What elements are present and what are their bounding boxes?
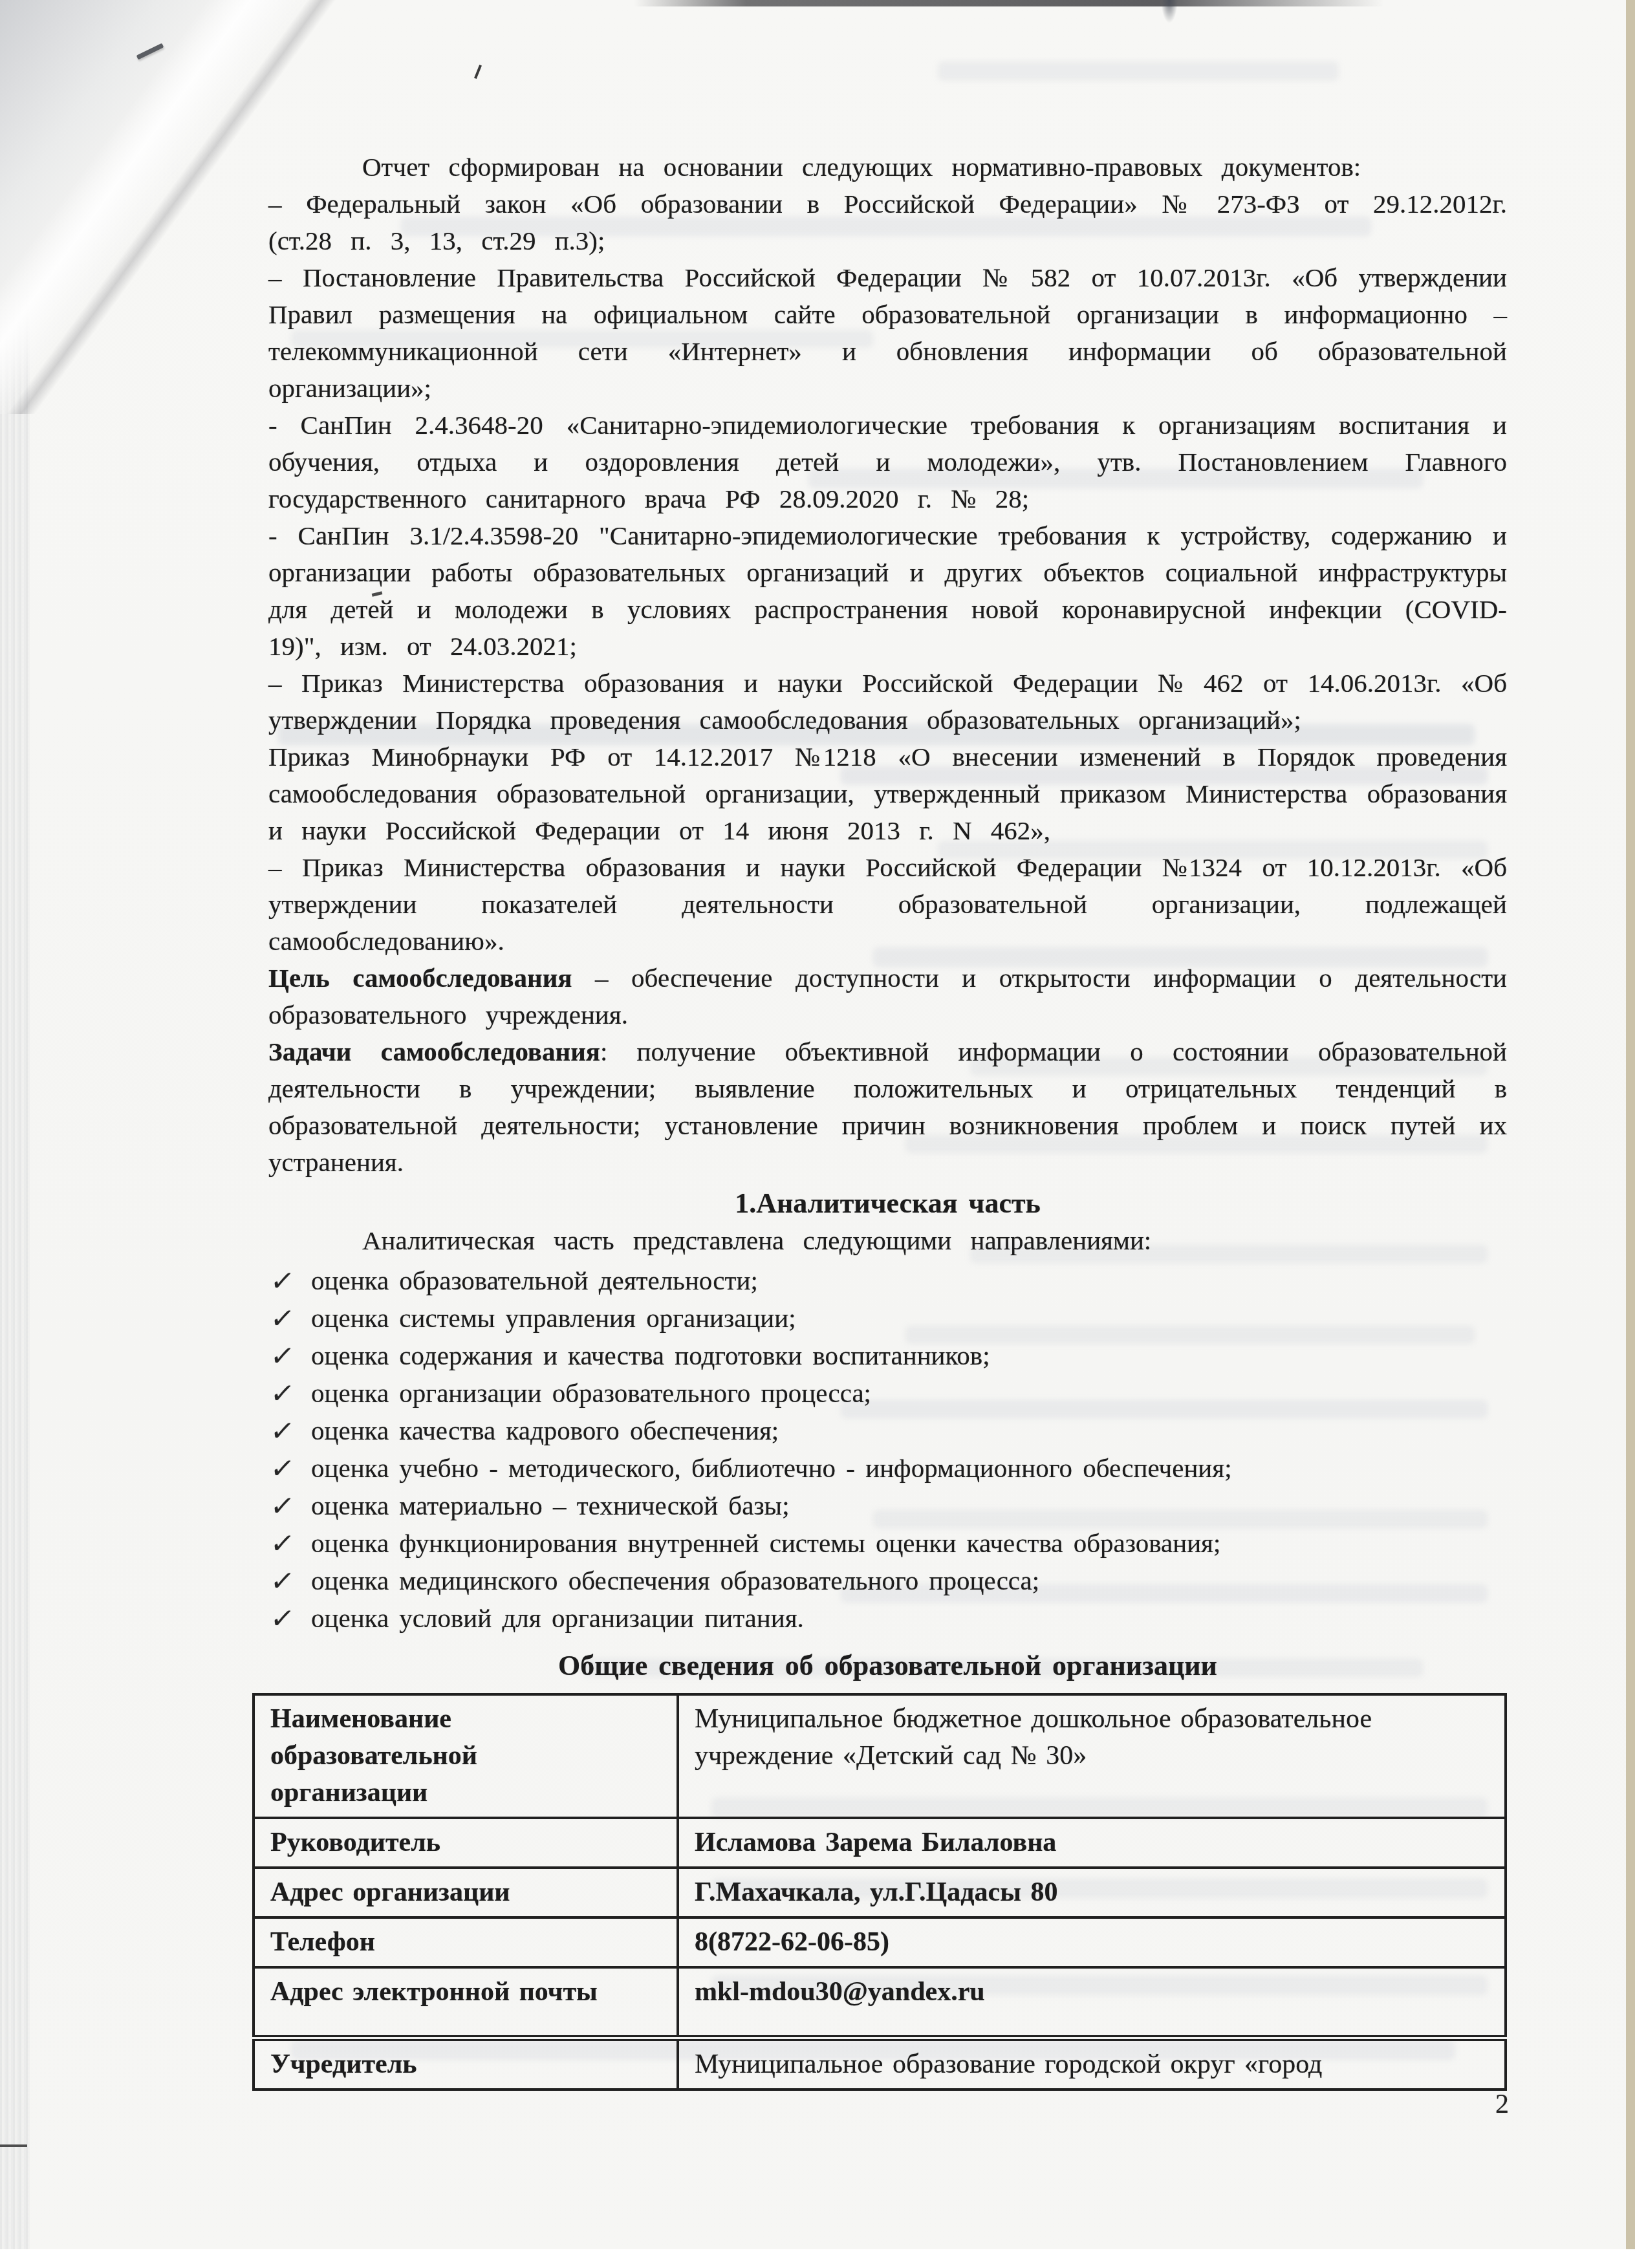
table-value-cell: 8(8722-62-06-85) [678,1917,1506,1967]
legal-doc-item: – Федеральный закон «Об образовании в Ро… [268,186,1507,259]
table-label-cell: Телефон [254,1917,678,1967]
checkmark-icon: ✓ [268,1487,297,1525]
checklist-item-label: оценка условий для организации питания. [311,1603,804,1633]
table-label-cell: Наименование образовательной организации [254,1694,678,1818]
checkmark-icon: ✓ [268,1450,297,1487]
checkmark-icon: ✓ [268,1412,297,1450]
table-value-cell: mkl-mdou30@yandex.ru [678,1967,1506,2038]
table-row: Телефон 8(8722-62-06-85) [254,1917,1506,1967]
assessment-checklist: ✓оценка образовательной деятельности; ✓о… [268,1262,1507,1637]
table-row: Руководитель Исламова Зарема Билаловна [254,1818,1506,1868]
table-value-cell: Муниципальное бюджетное дошкольное образ… [678,1694,1506,1818]
checklist-item-label: оценка качества кадрового обеспечения; [311,1416,779,1445]
checklist-item: ✓оценка образовательной деятельности; [268,1262,1507,1299]
legal-doc-item: - СанПин 3.1/2.4.3598-20 "Санитарно-эпид… [268,517,1507,665]
table-row: Наименование образовательной организации… [254,1694,1506,1818]
intro-paragraph: Отчет сформирован на основании следующих… [268,149,1507,186]
section-heading-analytic: 1.Аналитическая часть [268,1185,1507,1222]
checklist-item: ✓оценка функционирования внутренней сист… [268,1524,1507,1562]
scan-right-edge [1626,0,1635,2249]
checklist-item-label: оценка содержания и качества подготовки … [311,1341,990,1370]
scan-top-edge [634,0,1384,6]
checklist-item: ✓оценка содержания и качества подготовки… [268,1337,1507,1374]
table-label-cell: Учредитель [254,2038,678,2090]
checklist-item-label: оценка учебно - методического, библиотеч… [311,1453,1232,1483]
checklist-item-label: оценка системы управления организации; [311,1303,796,1333]
checkmark-icon: ✓ [268,1375,297,1412]
tasks-label: Задачи самообследования [268,1037,600,1066]
bleed-through [938,61,1339,81]
table-row: Учредитель Муниципальное образование гор… [254,2038,1506,2090]
goal-label: Цель самообследования [268,963,572,993]
legal-doc-item: – Приказ Министерства образования и наук… [268,665,1507,739]
table-label-cell: Адрес электронной почты [254,1967,678,2038]
legal-doc-item: - СанПин 2.4.3648-20 «Санитарно-эпидемио… [268,407,1507,517]
checklist-item-label: оценка медицинского обеспечения образова… [311,1566,1039,1595]
tasks-paragraph: Задачи самообследования: получение объек… [268,1033,1507,1181]
checklist-item-label: оценка материально – технической базы; [311,1491,790,1520]
checklist-item-label: оценка организации образовательного проц… [311,1378,871,1408]
checklist-item: ✓оценка качества кадрового обеспечения; [268,1412,1507,1449]
checkmark-icon: ✓ [268,1300,297,1337]
table-value-cell: Г.Махачкала, ул.Г.Цадасы 80 [678,1868,1506,1917]
checklist-item: ✓оценка системы управления организации; [268,1299,1507,1337]
section-heading-org-info: Общие сведения об образовательной органи… [268,1647,1507,1684]
checklist-item-label: оценка образовательной деятельности; [311,1266,758,1295]
checklist-item: ✓оценка учебно - методического, библиоте… [268,1449,1507,1487]
legal-doc-item: – Приказ Министерства образования и наук… [268,849,1507,960]
checklist-item: ✓оценка условий для организации питания. [268,1599,1507,1637]
checklist-item: ✓оценка медицинского обеспечения образов… [268,1562,1507,1599]
analytic-lede: Аналитическая часть представлена следующ… [268,1222,1507,1259]
table-label-cell: Руководитель [254,1818,678,1868]
checkmark-icon: ✓ [268,1600,297,1637]
document-body: Отчет сформирован на основании следующих… [268,149,1507,2091]
table-row: Адрес электронной почты mkl-mdou30@yande… [254,1967,1506,2038]
scan-smudge [1161,0,1178,23]
table-value-cell: Исламова Зарема Билаловна [678,1818,1506,1868]
table-row: Адрес организации Г.Махачкала, ул.Г.Цада… [254,1868,1506,1917]
table-value-cell: Муниципальное образование городской окру… [678,2038,1506,2090]
scan-line-mark [0,2144,27,2147]
checkmark-icon: ✓ [268,1262,297,1300]
goal-paragraph: Цель самообследования – обеспечение дост… [268,960,1507,1033]
table-label-cell: Адрес организации [254,1868,678,1917]
scan-bottom-edge [0,2249,1635,2268]
checkmark-icon: ✓ [268,1562,297,1600]
checkmark-icon: ✓ [268,1525,297,1562]
checklist-item-label: оценка функционирования внутренней систе… [311,1528,1220,1558]
page-number: 2 [1495,2089,1509,2120]
checklist-item: ✓оценка материально – технической базы; [268,1487,1507,1524]
checklist-item: ✓оценка организации образовательного про… [268,1374,1507,1412]
scanned-document-page: { "document": { "intro": "Отчет сформиро… [0,0,1635,2268]
row-label: Наименование образовательной организации [270,1701,536,1811]
org-info-table: Наименование образовательной организации… [252,1693,1507,2091]
legal-doc-item: – Постановление Правительства Российской… [268,259,1507,407]
legal-doc-item: Приказ Минобрнауки РФ от 14.12.2017 №121… [268,739,1507,849]
checkmark-icon: ✓ [268,1337,297,1375]
ink-speck [474,65,482,79]
